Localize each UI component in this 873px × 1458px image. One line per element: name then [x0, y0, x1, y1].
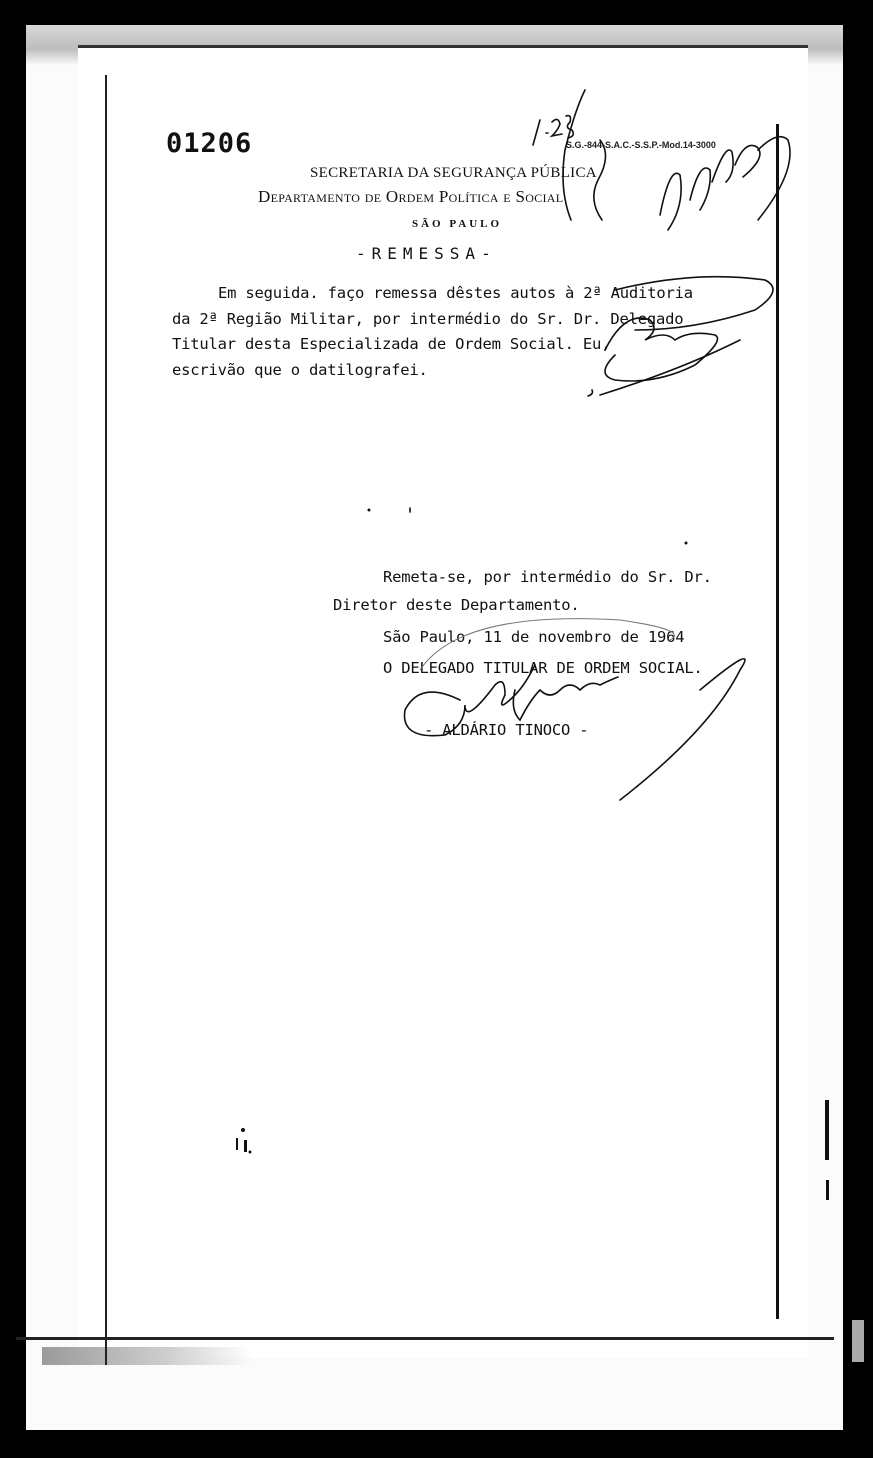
- document-number: 01206: [166, 128, 252, 159]
- header-departamento: Departamento de Ordem Política e Social: [258, 187, 563, 207]
- page-edge-tab: [852, 1320, 864, 1362]
- document-title: -REMESSA-: [356, 244, 497, 263]
- place-date: São Paulo, 11 de novembro de 1964: [383, 628, 684, 646]
- header-city: SÃO PAULO: [412, 218, 502, 230]
- left-margin-rule: [105, 75, 107, 1365]
- inner-sheet: [78, 45, 808, 1358]
- header-secretaria: SECRETARIA DA SEGURANÇA PÚBLICA: [310, 165, 597, 182]
- scan-shadow-bottom: [42, 1347, 252, 1365]
- right-margin-rule: [776, 124, 779, 1319]
- despacho-line-1: Remeta-se, por intermédio do Sr. Dr.: [383, 568, 712, 586]
- form-code: S.G.-844-S.A.C.-S.S.P.-Mod.14-3000: [566, 140, 716, 150]
- remessa-line-1: Em seguida. faço remessa dêstes autos à …: [218, 284, 693, 302]
- despacho-line-2: Diretor deste Departamento.: [333, 596, 580, 614]
- bottom-edge-rule: [16, 1337, 834, 1340]
- remessa-line-4: escrivão que o datilografei.: [172, 361, 428, 379]
- remessa-line-3: Titular desta Especializada de Ordem Soc…: [172, 335, 610, 353]
- signatory-title: O DELEGADO TITULAR DE ORDEM SOCIAL.: [383, 659, 703, 677]
- remessa-line-2: da 2ª Região Militar, por intermédio do …: [172, 310, 683, 328]
- signatory-name: - ALDÁRIO TINOCO -: [424, 721, 588, 739]
